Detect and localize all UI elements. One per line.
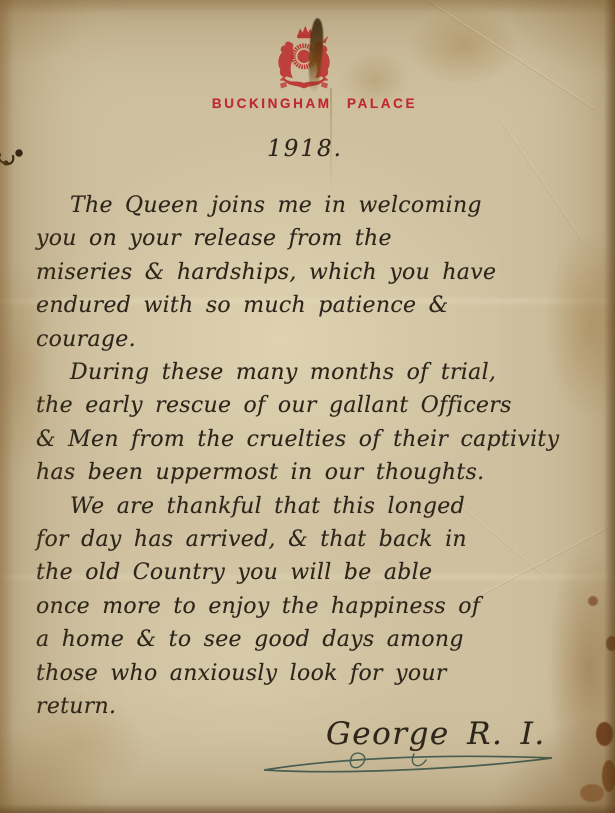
handwritten-line: the early rescue of our gallant Officers <box>36 389 588 422</box>
foxing-spot <box>596 722 613 746</box>
letter-body: The Queen joins me in welcomingyou on yo… <box>36 189 588 724</box>
handwritten-line: a home & to see good days among <box>36 623 588 656</box>
foxing-spot <box>588 596 598 606</box>
handwritten-line: has been uppermost in our thoughts. <box>36 456 588 489</box>
foxing-spot <box>602 760 615 792</box>
handwritten-line: The Queen joins me in welcoming <box>36 189 588 222</box>
letter-page: BUCKINGHAM PALACE 1918. The Queen joins … <box>0 0 615 813</box>
handwritten-line: During these many months of trial, <box>36 356 588 389</box>
foxing-spot <box>606 636 615 651</box>
handwritten-line: endured with so much patience & <box>36 289 588 322</box>
paper-crease <box>427 0 596 111</box>
handwritten-line: the old Country you will be able <box>36 556 588 589</box>
handwritten-line: for day has arrived, & that back in <box>36 523 588 556</box>
handwritten-line: those who anxiously look for your <box>36 657 588 690</box>
foxing-spot <box>580 784 604 802</box>
ink-blot <box>0 141 41 173</box>
handwritten-line: once more to enjoy the happiness of <box>36 590 588 623</box>
handwritten-line: you on your release from the <box>36 222 588 255</box>
paragraph: We are thankful that this longedfor day … <box>36 490 588 724</box>
letterhead-title: BUCKINGHAM PALACE <box>7 96 615 111</box>
date-handwritten: 1918. <box>250 136 360 162</box>
handwritten-line: miseries & hardships, which you have <box>36 256 588 289</box>
paragraph: The Queen joins me in welcomingyou on yo… <box>36 189 588 356</box>
handwritten-line: & Men from the cruelties of their captiv… <box>36 423 588 456</box>
paragraph: During these many months of trial,the ea… <box>36 356 588 490</box>
handwritten-line: We are thankful that this longed <box>36 490 588 523</box>
signature: George R. I. <box>326 716 546 752</box>
handwritten-line: courage. <box>36 323 588 356</box>
paper-stain <box>408 6 518 86</box>
signature-flourish-icon <box>256 748 572 782</box>
royal-coat-of-arms-icon <box>271 24 337 94</box>
